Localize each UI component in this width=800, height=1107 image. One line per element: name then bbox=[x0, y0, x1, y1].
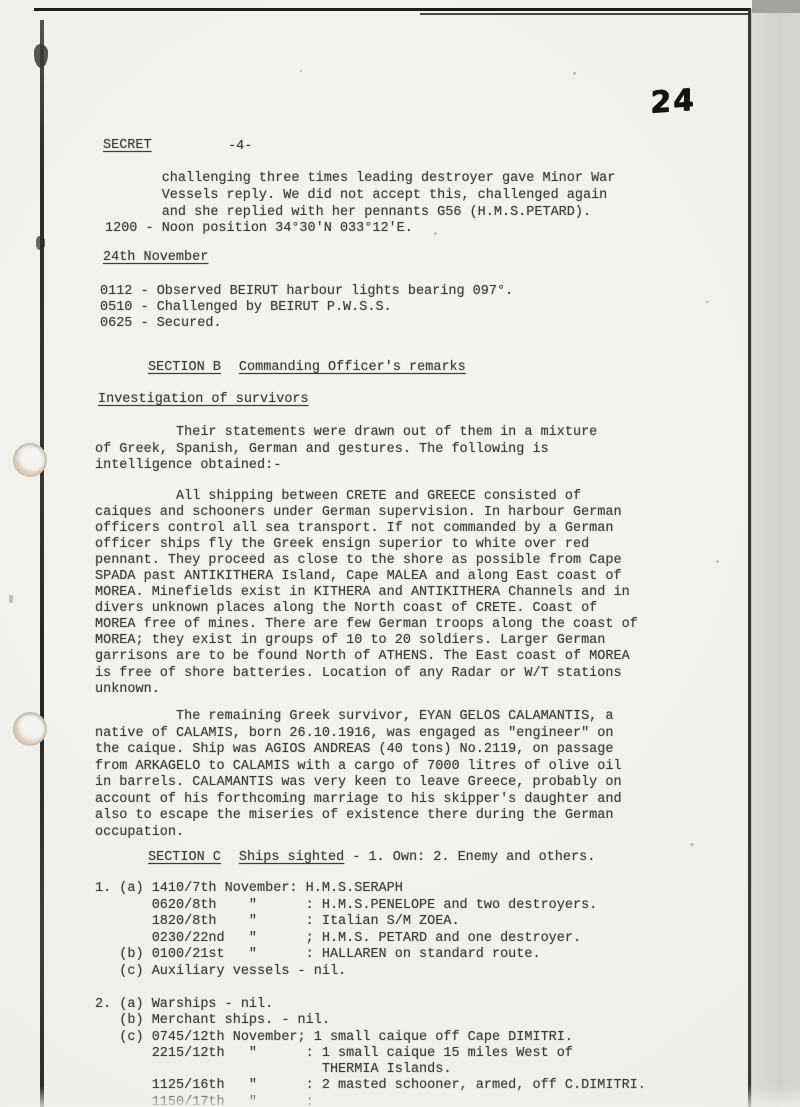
classification-heading: SECRET bbox=[103, 138, 152, 155]
scanned-page: 24 SECRET -4- challenging three times le… bbox=[0, 0, 800, 1107]
ships-sighted-own-list: 1. (a) 1410/7th November: H.M.S.SERAPH 0… bbox=[95, 881, 597, 981]
binding-edge-line bbox=[40, 20, 44, 1107]
punch-hole-bottom bbox=[13, 712, 47, 746]
shipping-intelligence-paragraph: All shipping between CRETE and GREECE co… bbox=[95, 489, 638, 698]
log-entry-paragraph: challenging three times leading destroye… bbox=[105, 171, 615, 238]
corner-shade bbox=[752, 0, 800, 13]
page-number-stamp: 24 bbox=[650, 82, 696, 120]
page-edge-strip bbox=[752, 0, 800, 1107]
investigation-heading: Investigation of survivors bbox=[98, 392, 309, 409]
top-scan-rule bbox=[34, 8, 751, 11]
section-c-label: SECTION C bbox=[148, 850, 221, 867]
top-scan-rule-secondary bbox=[420, 13, 751, 15]
statements-paragraph: Their statements were drawn out of them … bbox=[95, 425, 597, 475]
punch-hole-top bbox=[13, 443, 47, 477]
survivor-paragraph: The remaining Greek survivor, EYAN GELOS… bbox=[95, 709, 622, 841]
section-b-label: SECTION B bbox=[148, 360, 221, 377]
section-b-title: Commanding Officer's remarks bbox=[239, 360, 466, 377]
scan-fade bbox=[0, 1086, 800, 1107]
page-number-label: -4- bbox=[228, 139, 252, 156]
section-c-title: Ships sighted bbox=[239, 850, 344, 867]
log-entries-24-november: 0112 - Observed BEIRUT harbour lights be… bbox=[100, 284, 513, 333]
section-c-suffix: - 1. Own: 2. Enemy and others. bbox=[352, 850, 595, 867]
binding-smudge bbox=[36, 236, 45, 250]
date-heading-24-november: 24th November bbox=[103, 250, 208, 267]
right-scan-rule bbox=[748, 9, 751, 1107]
section-c-heading: SECTION C Ships sighted - 1. Own: 2. Ene… bbox=[148, 850, 595, 867]
staple-mark bbox=[34, 44, 48, 68]
section-b-heading: SECTION B Commanding Officer's remarks bbox=[148, 360, 466, 377]
